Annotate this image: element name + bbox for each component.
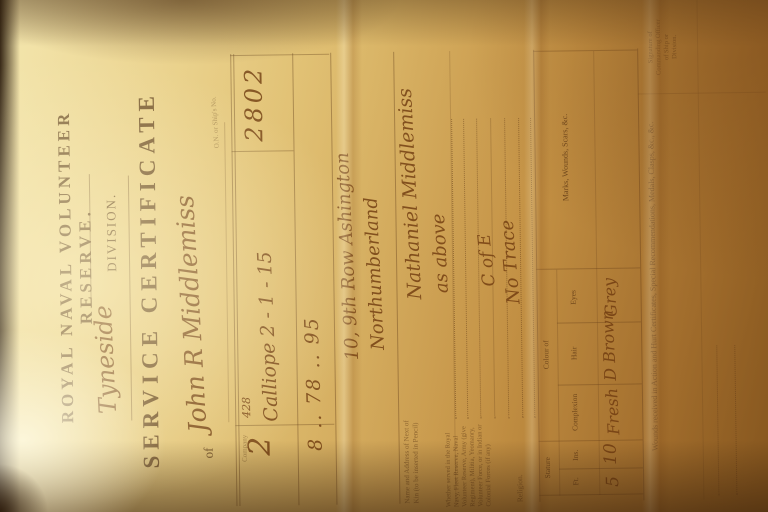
certificate-title: SERVICE CERTIFICATE	[134, 79, 166, 479]
next-of-kin-address-handwritten: as above	[428, 213, 453, 294]
wounds-note: Wounds received in Action and Hurt Certi…	[646, 106, 661, 466]
next-of-kin-label: Name and Address of Next of Kin (to be i…	[402, 414, 420, 504]
dotted-line	[462, 119, 468, 419]
official-number-column-header: O.N. or Ship's No.	[207, 56, 222, 148]
hair-header: Hair	[569, 325, 579, 381]
company-number-handwritten: 2	[243, 436, 278, 456]
desc-col-divider	[539, 493, 643, 495]
footer-rule	[696, 0, 704, 500]
birthplace-line2-handwritten: Northumberland	[361, 197, 389, 351]
hair-value-handwritten: D Brown	[598, 309, 620, 381]
division-value-handwritten: Tyneside	[89, 304, 122, 414]
marks-header: Marks, Wounds, Scars, &c.	[559, 57, 571, 257]
birthplace-line1-handwritten: 10, 9th Row Ashington	[332, 152, 363, 361]
signature-header-line: Division.	[671, 6, 680, 88]
desc-col-divider	[539, 439, 643, 441]
inches-header: Ins.	[571, 443, 580, 467]
desc-col-divider	[559, 467, 643, 469]
religion-label: Religion.	[515, 474, 524, 502]
document-photo: ROYAL NAVAL VOLUNTEER RESERVE. Tyneside …	[0, 0, 768, 512]
label-line: Colonial Forces (if any)	[484, 423, 493, 507]
col-divider	[230, 54, 329, 56]
ship-and-date-handwritten: Calliope 2 - 1 - 15	[254, 251, 283, 422]
previous-service-label: Whether served in the Royal Navy, Fleet …	[444, 423, 493, 508]
religion-value-handwritten: C of E	[474, 233, 499, 288]
form-title: ROYAL NAVAL VOLUNTEER RESERVE.	[53, 56, 99, 477]
stature-header: Stature	[543, 442, 553, 494]
row-rule	[330, 53, 337, 505]
date-entry-handwritten: 8 .. 78 .. 95	[301, 316, 327, 451]
desc-col-divider	[536, 267, 640, 269]
col-divider	[232, 150, 294, 152]
desc-values-rule	[593, 51, 600, 495]
dotted-line	[733, 345, 737, 495]
entry-number-handwritten: 428	[240, 397, 253, 418]
division-label: DIVISION.	[103, 193, 120, 272]
signature-column-header: Signature of Commanding Officer of Ship …	[647, 6, 680, 88]
header-sub-rule	[556, 270, 560, 496]
description-table-bottom-rule	[637, 48, 644, 500]
desc-col-divider	[533, 49, 637, 51]
service-certificate-form: ROYAL NAVAL VOLUNTEER RESERVE. Tyneside …	[0, 0, 768, 512]
complexion-header: Complexion	[570, 387, 580, 437]
next-of-kin-name-handwritten: Nathaniel Middlemiss	[394, 88, 426, 300]
inches-value-handwritten: 10	[601, 443, 621, 465]
colour-of-header: Colour of	[540, 272, 551, 438]
name-underline	[224, 122, 229, 422]
row-rule	[292, 53, 299, 505]
feet-value-handwritten: 5	[603, 476, 623, 487]
complexion-value-handwritten: Fresh	[602, 388, 623, 436]
feet-header: Ft.	[571, 469, 580, 493]
eyes-value-handwritten: Grey	[599, 277, 621, 317]
dotted-line	[715, 345, 719, 495]
of-label: of	[201, 448, 217, 459]
division-underline	[128, 176, 132, 421]
signature-col-divider	[638, 92, 766, 95]
holder-name-handwritten: John R Middlemiss	[170, 194, 213, 433]
eyes-header: Eyes	[568, 273, 578, 321]
official-number-handwritten: 2802	[239, 65, 268, 142]
desc-col-divider	[558, 383, 642, 385]
